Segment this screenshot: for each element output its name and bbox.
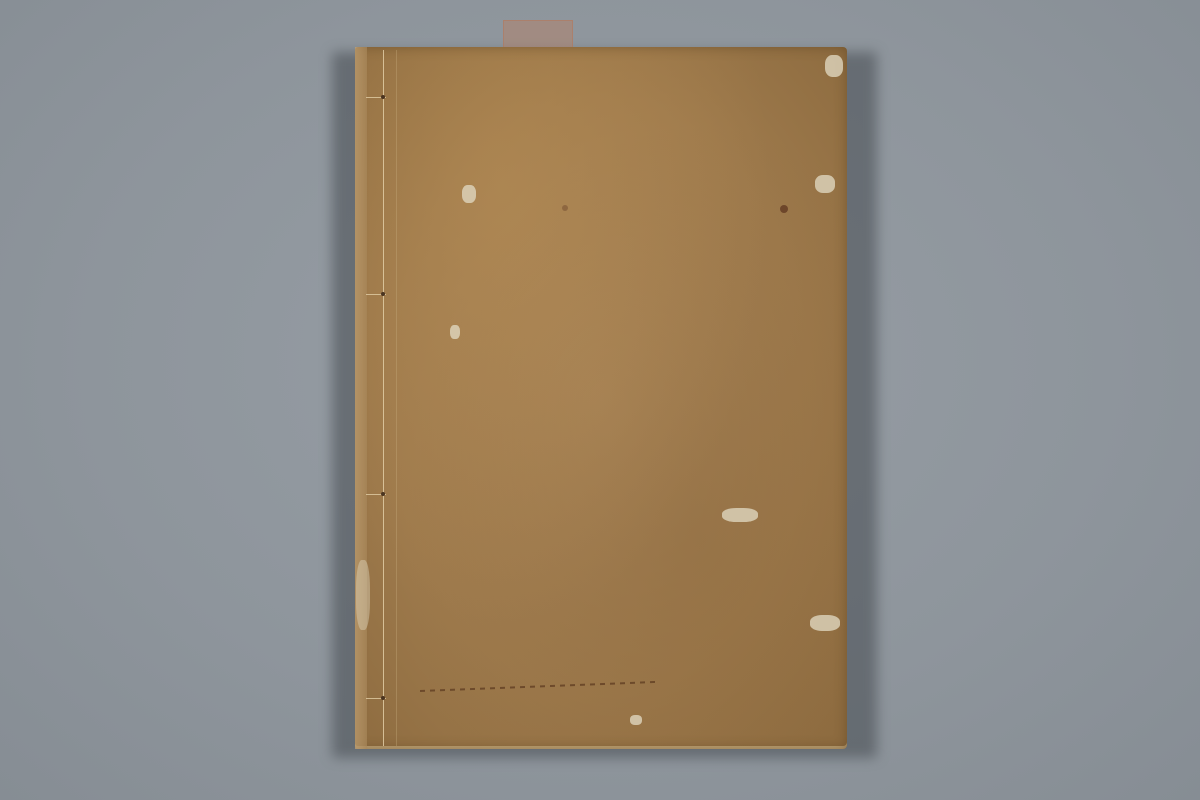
worn-spot — [722, 508, 758, 522]
worn-spot — [462, 185, 476, 203]
binding-fold-line — [396, 50, 397, 746]
worn-corner — [825, 55, 843, 77]
stitch-hole — [381, 95, 385, 99]
stitch-hole — [381, 292, 385, 296]
stain — [562, 205, 568, 211]
stain — [780, 205, 788, 213]
worn-spot — [815, 175, 835, 193]
worn-spot — [450, 325, 460, 339]
stitch-hole — [381, 696, 385, 700]
worn-spot — [630, 715, 642, 725]
book-cover — [355, 47, 847, 749]
stitch-hole — [381, 492, 385, 496]
binding-thread — [383, 50, 384, 746]
spine-edge — [355, 47, 367, 749]
worn-edge — [356, 560, 370, 630]
worn-spot — [810, 615, 840, 631]
